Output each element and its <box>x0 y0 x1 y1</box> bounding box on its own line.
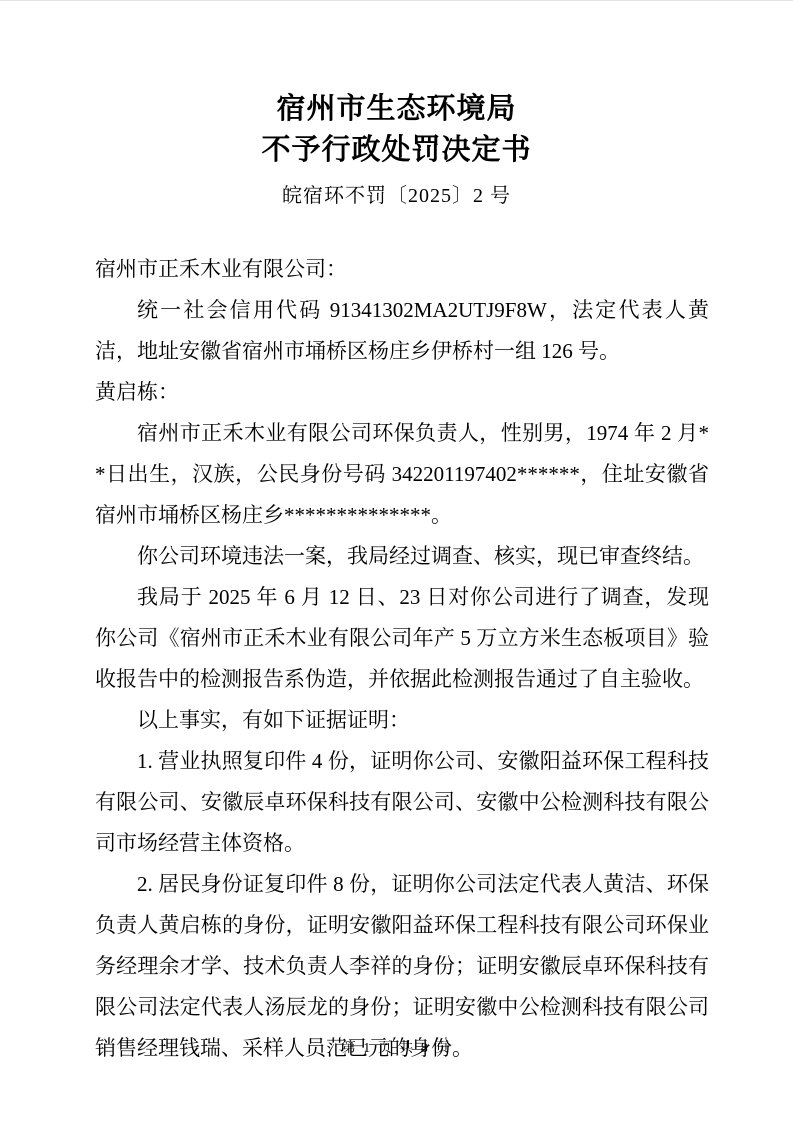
evidence-item-1: 1. 营业执照复印件 4 份，证明你公司、安徽阳益环保工程科技有限公司、安徽辰卓… <box>95 741 709 864</box>
person-info-paragraph: 宿州市正禾木业有限公司环保负责人，性别男，1974 年 2 月**日出生，汉族，… <box>95 413 709 536</box>
evidence-intro-line: 以上事实，有如下证据证明： <box>95 700 709 741</box>
recipient-person-line: 黄启栋： <box>95 372 709 413</box>
title-line-authority: 宿州市生态环境局 <box>0 89 793 130</box>
document-body: 宿州市正禾木业有限公司： 统一社会信用代码 91341302MA2UTJ9F8W… <box>95 249 709 1069</box>
investigation-findings-paragraph: 我局于 2025 年 6 月 12 日、23 日对你公司进行了调查，发现你公司《… <box>95 577 709 700</box>
document-number: 皖宿环不罚〔2025〕2 号 <box>0 183 793 209</box>
recipient-company-line: 宿州市正禾木业有限公司： <box>95 249 709 290</box>
document-page: 宿州市生态环境局 不予行政处罚决定书 皖宿环不罚〔2025〕2 号 宿州市正禾木… <box>0 0 793 1122</box>
case-status-paragraph: 你公司环境违法一案，我局经过调查、核实，现已审查终结。 <box>95 536 709 577</box>
page-number-indicator: 第 1 页 共 8 页 <box>0 1039 793 1059</box>
company-info-paragraph: 统一社会信用代码 91341302MA2UTJ9F8W，法定代表人黄洁，地址安徽… <box>95 290 709 372</box>
title-line-document-type: 不予行政处罚决定书 <box>0 130 793 171</box>
document-title: 宿州市生态环境局 不予行政处罚决定书 <box>0 89 793 171</box>
document-header: 宿州市生态环境局 不予行政处罚决定书 皖宿环不罚〔2025〕2 号 <box>0 1 793 209</box>
